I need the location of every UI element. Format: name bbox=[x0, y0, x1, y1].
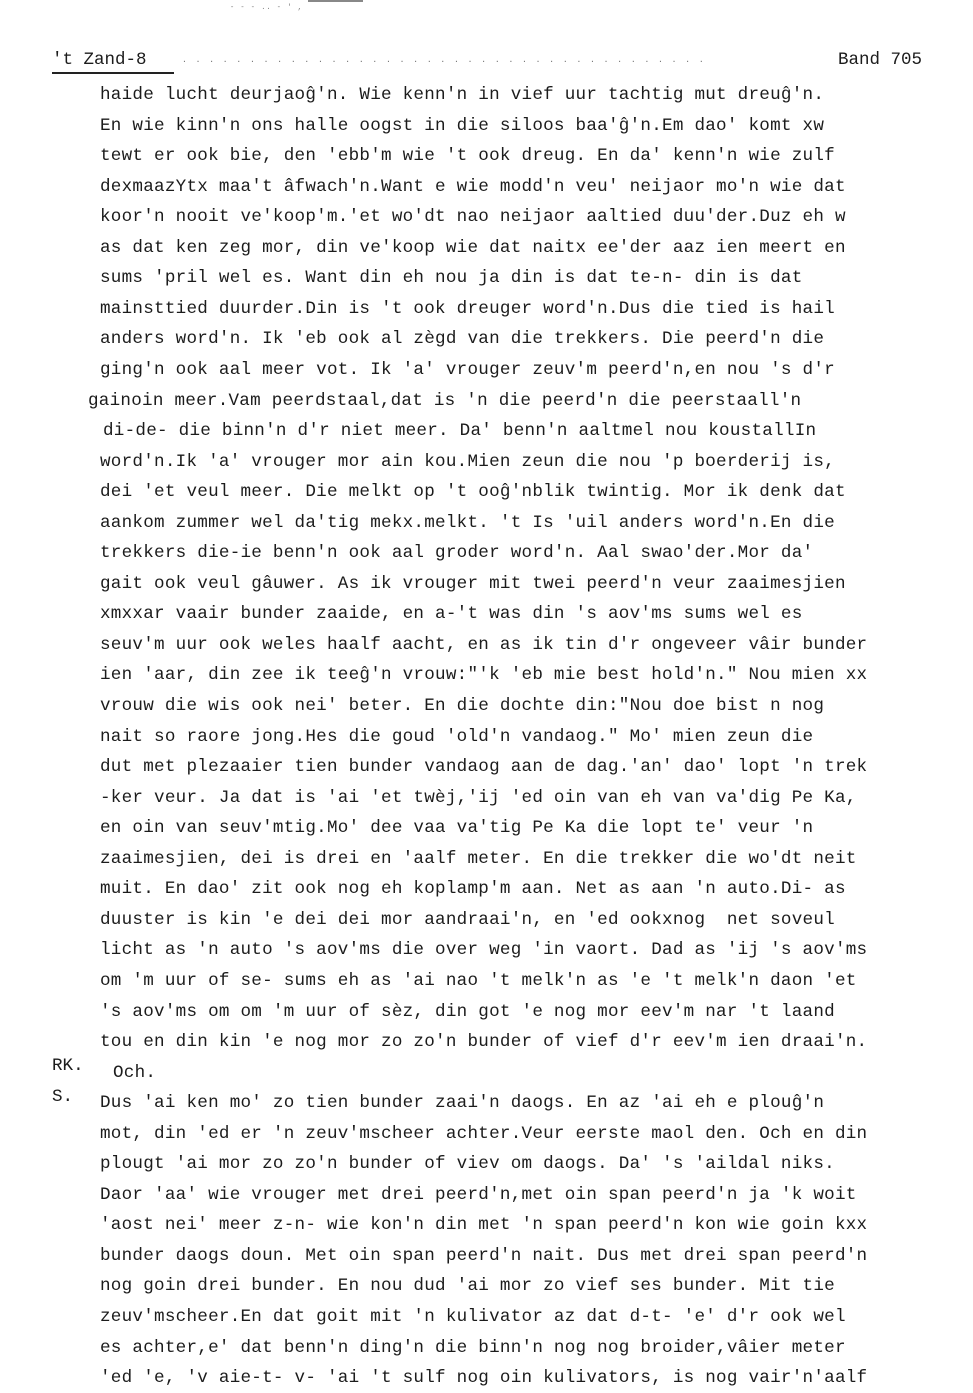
transcript-line: Dus 'ai ken mo' zo tien bunder zaai'n da… bbox=[100, 1092, 824, 1114]
transcript-line: aankom zummer wel da'tig mekx.melkt. 't … bbox=[100, 512, 835, 534]
transcript-line: 'aost nei' meer z-n- wie kon'n din met '… bbox=[100, 1214, 867, 1236]
header-underline bbox=[52, 72, 174, 74]
speaker-label-s: S. bbox=[52, 1086, 73, 1108]
speaker-label-rk: RK. bbox=[52, 1055, 84, 1077]
page-header: 't Zand-8 . . . . . . . . . . . . . . . … bbox=[52, 50, 922, 76]
transcript-line: 'ed 'e, 'v aie-t- v- 'ai 't sulf nog oin… bbox=[100, 1367, 867, 1389]
transcript-line: dei 'et veul meer. Die melkt op 't ooĝ'n… bbox=[100, 481, 846, 503]
transcript-line: koor'n nooit ve'koop'm.'et wo'dt nao nei… bbox=[100, 206, 846, 228]
transcript-line: haide lucht deurjaoĝ'n. Wie kenn'n in vi… bbox=[100, 84, 824, 106]
header-tape-number: Band 705 bbox=[838, 50, 922, 70]
transcript-line: Och. bbox=[113, 1062, 156, 1084]
header-location: 't Zand-8 bbox=[52, 50, 147, 70]
transcript-line: xmxxar vaair bunder zaaide, en a-'t was … bbox=[100, 603, 803, 625]
transcript-line: gait ook veul gâuwer. As ik vrouger mit … bbox=[100, 573, 846, 595]
transcript-line: -ker veur. Ja dat is 'ai 'et twèj,'ij 'e… bbox=[100, 787, 857, 809]
transcript-line: es achter,e' dat benn'n ding'n die binn'… bbox=[100, 1337, 846, 1359]
transcript-line: nog goin drei bunder. En nou dud 'ai mor… bbox=[100, 1275, 835, 1297]
transcript-line: vrouw die wis ook nei' beter. En die doc… bbox=[100, 695, 824, 717]
transcript-line: mot, din 'ed er 'n zeuv'mscheer achter.V… bbox=[100, 1123, 867, 1145]
transcript-line: sums 'pril wel es. Want din eh nou ja di… bbox=[100, 267, 803, 289]
transcript-line: plougt 'ai mor zo zo'n bunder of viev om… bbox=[100, 1153, 835, 1175]
transcript-line: dexmaazYtx maa't âfwach'n.Want e wie mod… bbox=[100, 176, 846, 198]
transcript-line: ging'n ook aal meer vot. Ik 'a' vrouger … bbox=[100, 359, 835, 381]
transcript-line: muit. En dao' zit ook nog eh koplamp'm a… bbox=[100, 878, 846, 900]
scan-artifact-rule bbox=[308, 0, 363, 2]
header-dotted-leader: . . . . . . . . . . . . . . . . . . . . … bbox=[182, 56, 862, 65]
scan-artifact-specks: - - - .. - ' , bbox=[230, 4, 370, 18]
transcript-line: tou en din kin 'e nog mor zo zo'n bunder… bbox=[100, 1031, 867, 1053]
transcript-line: seuv'm uur ook weles haalf aacht, en as … bbox=[100, 634, 867, 656]
transcript-line: zaaimesjien, dei is drei en 'aalf meter.… bbox=[100, 848, 857, 870]
transcript-line: nait so raore jong.Hes die goud 'old'n v… bbox=[100, 726, 813, 748]
transcript-line: ien 'aar, din zee ik teeĝ'n vrouw:"'k 'e… bbox=[100, 664, 867, 686]
transcript-line: 's aov'ms om om 'm uur of sèz, din got '… bbox=[100, 1001, 835, 1023]
transcript-line: licht as 'n auto 's aov'ms die over weg … bbox=[100, 939, 867, 961]
transcript-line: anders word'n. Ik 'eb ook al zègd van di… bbox=[100, 328, 824, 350]
transcript-line: En wie kinn'n ons halle oogst in die sil… bbox=[100, 115, 824, 137]
transcript-line: dut met plezaaier tien bunder vandaog aa… bbox=[100, 756, 867, 778]
transcript-line: zeuv'mscheer.En dat goit mit 'n kulivato… bbox=[100, 1306, 846, 1328]
transcript-line: di-de- die binn'n d'r niet meer. Da' ben… bbox=[103, 420, 816, 442]
transcript-line: mainsttied duurder.Din is 't ook dreuger… bbox=[100, 298, 835, 320]
transcript-line: en oin van seuv'mtig.Mo' dee vaa va'tig … bbox=[100, 817, 813, 839]
transcript-line: trekkers die-ie benn'n ook aal groder wo… bbox=[100, 542, 813, 564]
transcript-line: as dat ken zeg mor, din ve'koop wie dat … bbox=[100, 237, 846, 259]
typewritten-page: - - - .. - ' , 't Zand-8 . . . . . . . .… bbox=[0, 0, 973, 1393]
transcript-line: word'n.Ik 'a' vrouger mor ain kou.Mien z… bbox=[100, 451, 835, 473]
transcript-line: Daor 'aa' wie vrouger met drei peerd'n,m… bbox=[100, 1184, 857, 1206]
transcript-line: bunder daogs doun. Met oin span peerd'n … bbox=[100, 1245, 867, 1267]
transcript-line: duuster is kin 'e dei dei mor aandraai'n… bbox=[100, 909, 835, 931]
transcript-line: om 'm uur of se- sums eh as 'ai nao 't m… bbox=[100, 970, 857, 992]
transcript-line: tewt er ook bie, den 'ebb'm wie 't ook d… bbox=[100, 145, 835, 167]
transcript-line: gainoin meer.Vam peerdstaal,dat is 'n di… bbox=[88, 390, 801, 412]
